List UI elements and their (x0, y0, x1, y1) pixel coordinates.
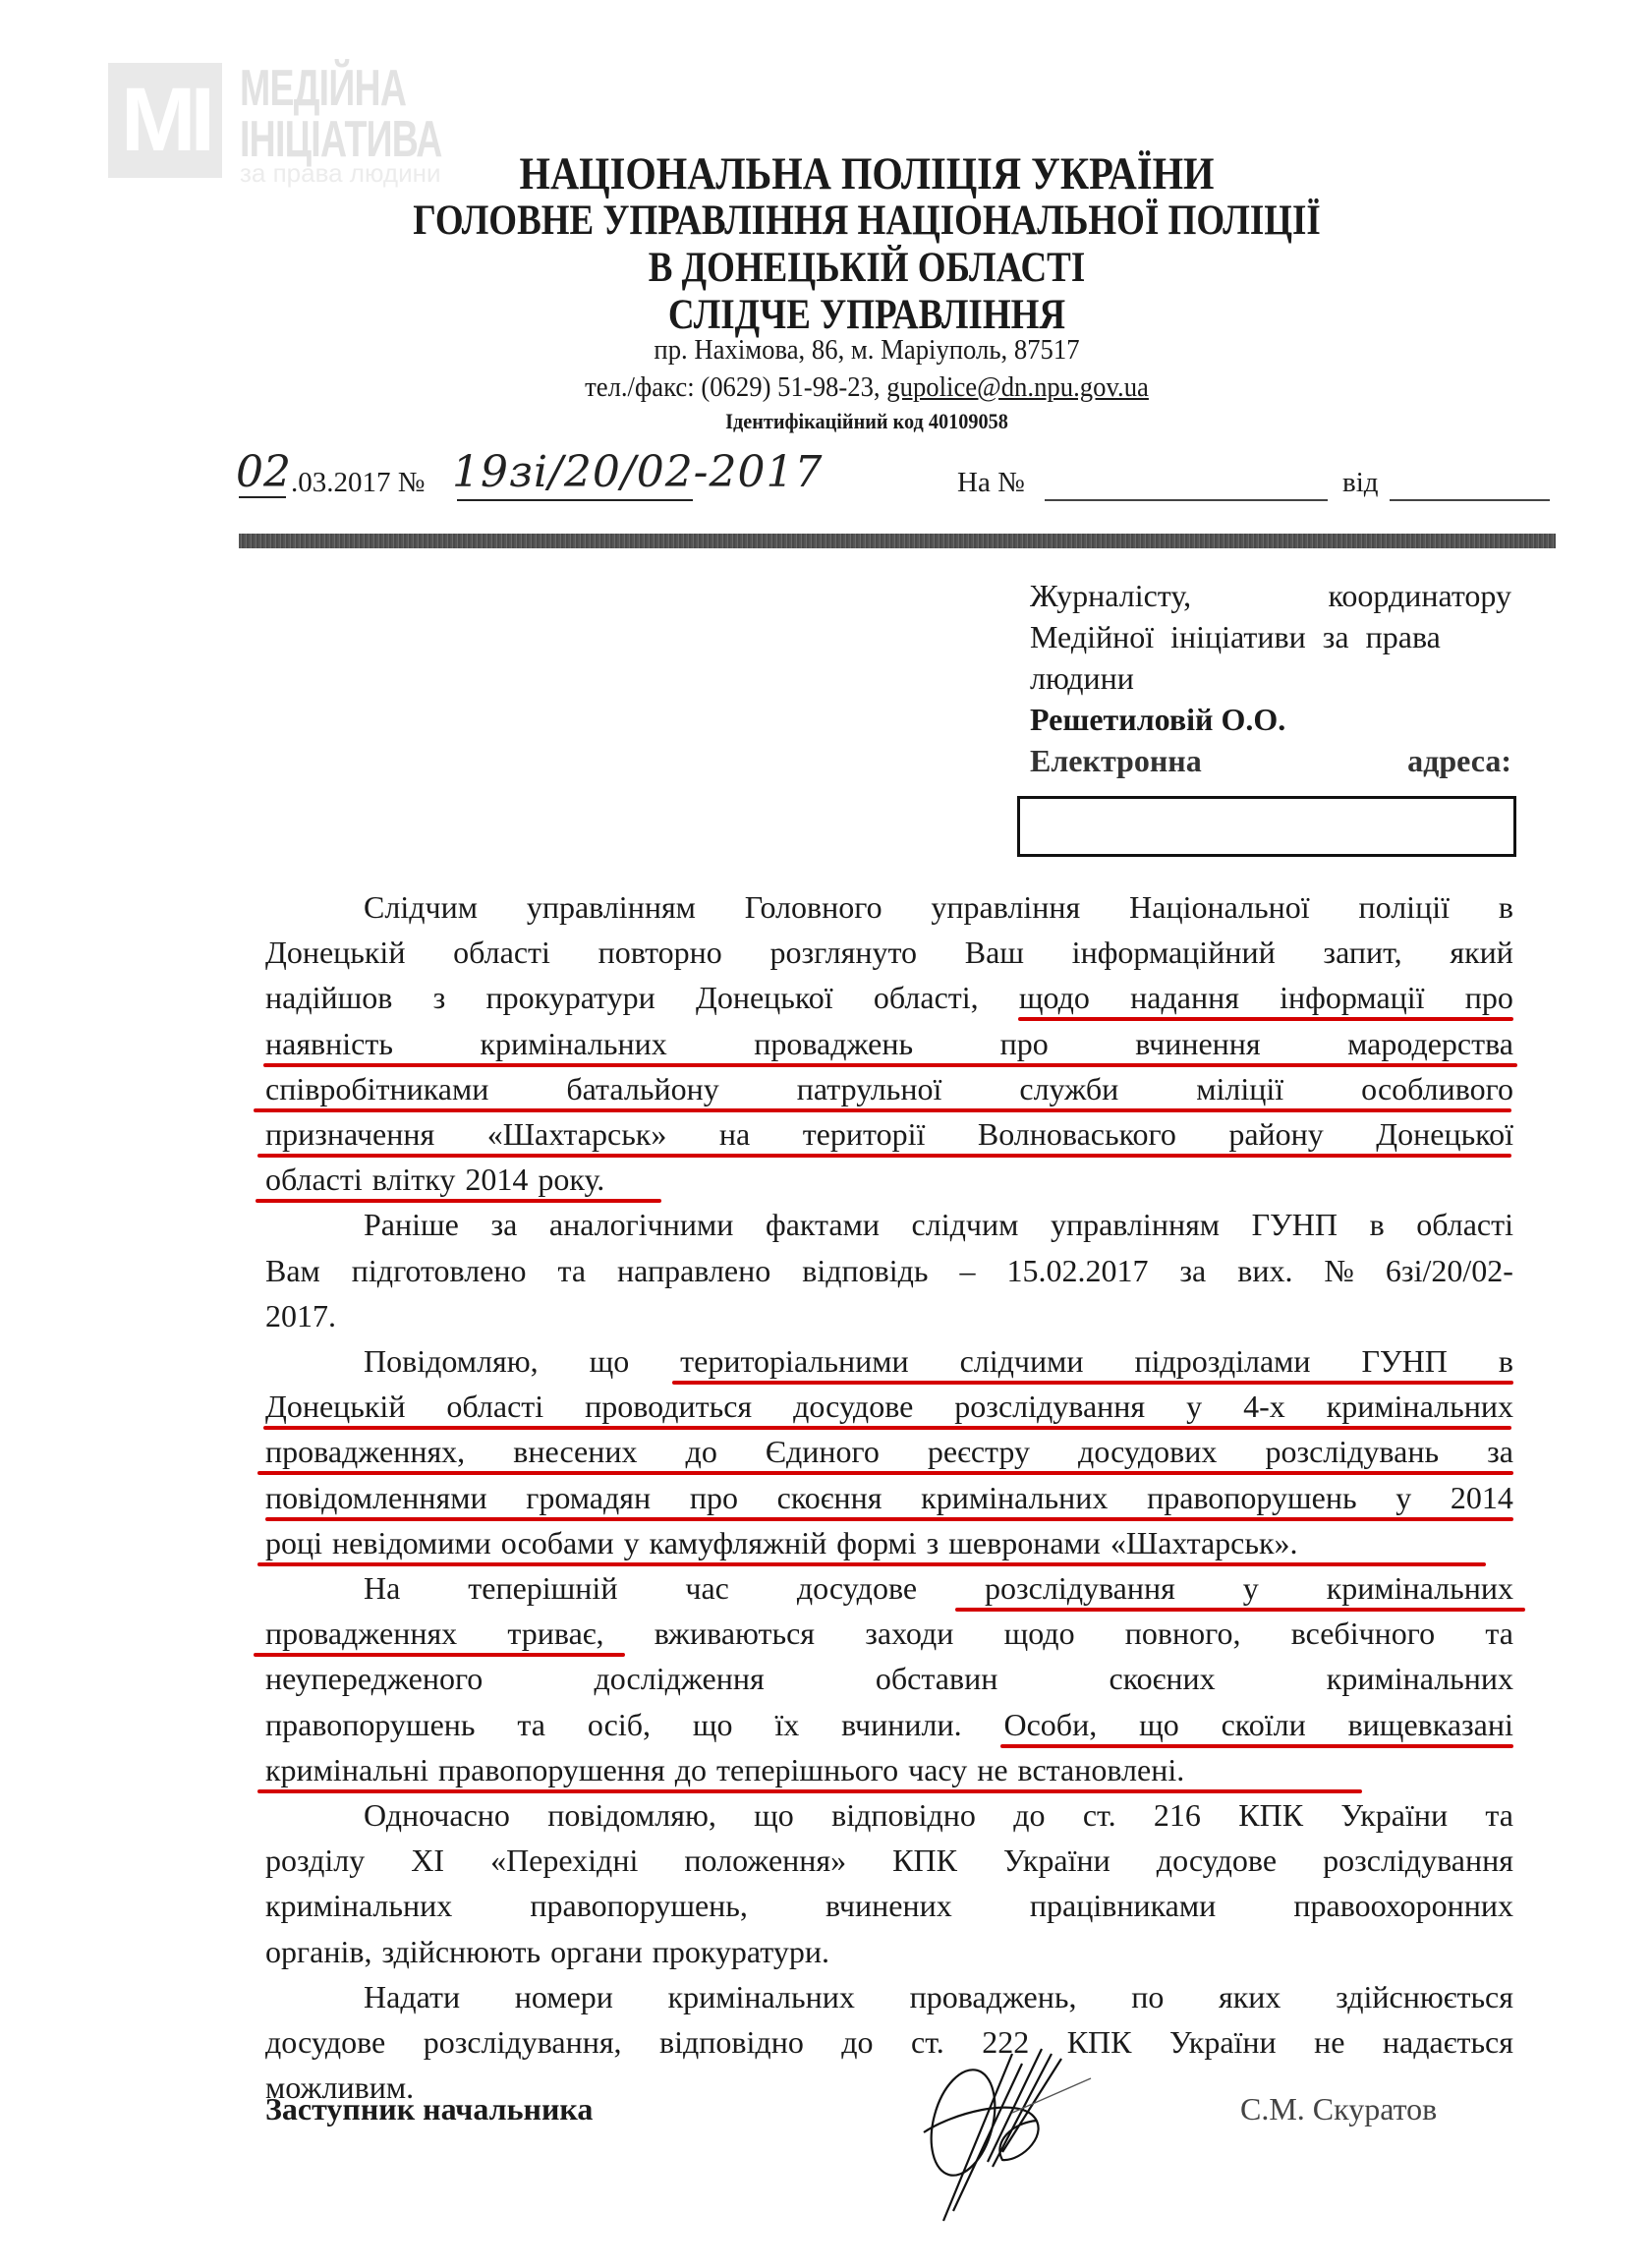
word: до (675, 1749, 707, 1790)
word: Національної (1129, 886, 1310, 928)
word: підготовлено (352, 1250, 527, 1291)
word: 15.02.2017 (1006, 1250, 1148, 1291)
word: та (1485, 1613, 1513, 1654)
word: неупередженого (265, 1658, 483, 1699)
body-line: Натеперішнійчасдосудоверозслідуванняукри… (364, 1567, 1513, 1609)
word: КПК (892, 1840, 957, 1881)
word: осіб, (588, 1704, 651, 1745)
word: № (1324, 1250, 1354, 1291)
body-line: органів,здійснюютьорганипрокуратури. (265, 1931, 1513, 1972)
word: вчинили. (841, 1704, 961, 1745)
body-line: правопорушеньтаосіб,щоїхвчинили.Особи,що… (265, 1704, 1513, 1745)
red-underline (256, 1199, 661, 1203)
red-underline (254, 1653, 625, 1657)
word: слідчими (960, 1340, 1084, 1382)
body-line: СлідчимуправліннямГоловногоуправлінняНац… (364, 886, 1513, 928)
word: в (1370, 1204, 1385, 1245)
word: міліції (1196, 1068, 1283, 1109)
word: час (685, 1567, 729, 1609)
word: Надати (364, 1976, 460, 2017)
word: повідомляю, (547, 1794, 716, 1836)
word: області (453, 932, 550, 973)
word: реєстру (928, 1431, 1030, 1472)
word: вживаються (655, 1613, 815, 1654)
red-underline (1018, 1017, 1513, 1021)
word: слідчим (912, 1204, 1019, 1245)
word: теперішнього (716, 1749, 898, 1790)
body-line: наявністькримінальнихпровадженьпровчинен… (265, 1023, 1513, 1064)
addressee-name: Решетиловій О.О. (1030, 702, 1511, 738)
word: проваджень, (910, 1976, 1077, 2017)
word: області (1416, 1204, 1513, 1245)
word: співробітниками (265, 1068, 488, 1109)
reg-number-field-line (457, 499, 693, 501)
word: Донецької (1376, 1113, 1513, 1155)
org-region: В ДОНЕЦЬКІЙ ОБЛАСТІ (157, 244, 1577, 292)
word: територіальними (680, 1340, 908, 1382)
word: здійснюється (1336, 1976, 1513, 2017)
word: провадженнях (265, 1613, 457, 1654)
word: управлінням (527, 886, 696, 928)
word: що (590, 1340, 630, 1382)
red-underline (1000, 1744, 1513, 1748)
org-address: пр. Нахімова, 86, м. Маріуполь, 87517 (107, 334, 1626, 367)
word: Єдиного (766, 1431, 880, 1472)
word: на (719, 1113, 750, 1155)
word: що (1139, 1704, 1179, 1745)
handwritten-reg-number: 19зі/20/02-2017 (452, 447, 824, 497)
red-underline (263, 1426, 1511, 1430)
word: досудове (1157, 1840, 1277, 1881)
ref-number-field-line (1045, 499, 1328, 501)
word: вчинення (1135, 1023, 1260, 1064)
logo-text-line1: МЕДІЙНА (240, 59, 406, 118)
word: розслідування (985, 1567, 1175, 1609)
word: призначення (265, 1113, 434, 1155)
word: ст. (1083, 1794, 1116, 1836)
word: кримінальних (668, 1976, 855, 2017)
addressee-line1: Журналісту, координатору (1030, 578, 1511, 614)
word: правоохоронних (1293, 1885, 1513, 1926)
word: області (265, 1159, 363, 1200)
body-line: розділуXI«Перехідніположення»КПКУкраїнид… (265, 1840, 1513, 1881)
org-email-link[interactable]: gupolice@dn.npu.gov.ua (886, 371, 1149, 403)
word: 216 (1154, 1794, 1201, 1836)
word: їх (774, 1704, 799, 1745)
word: області, (874, 977, 979, 1018)
addressee-email-label: Електронна адреса: (1030, 743, 1511, 779)
red-underline (265, 1517, 1513, 1521)
word: формі (836, 1522, 916, 1563)
org-division: СЛІДЧЕ УПРАВЛІННЯ (157, 291, 1577, 339)
word: інформаційний (1072, 932, 1276, 973)
day-field-line (239, 496, 286, 498)
red-underline (257, 1471, 1513, 1475)
word: Донецької (696, 977, 833, 1018)
word: «Перехідні (490, 1840, 638, 1881)
word: шевронами (948, 1522, 1101, 1563)
word: камуфляжній (650, 1522, 827, 1563)
signatory-name: С.М. Скуратов (1240, 2091, 1437, 2127)
word: до (1013, 1794, 1045, 1836)
word: наявність (265, 1023, 393, 1064)
body-line: Повідомляю,щотериторіальнимислідчимипідр… (364, 1340, 1513, 1382)
printed-date: .03.2017 № (291, 467, 425, 499)
body-line: провадженняхтриває,вживаютьсязаходищодоп… (265, 1613, 1513, 1654)
word: аналогічними (549, 1204, 734, 1245)
word: розслідувань (1265, 1431, 1439, 1472)
word: 6зі/20/02- (1386, 1250, 1513, 1291)
word: органи (550, 1931, 643, 1972)
word: про (1465, 977, 1513, 1018)
word: 2014 (465, 1159, 528, 1200)
word: надається (1383, 2021, 1513, 2063)
word: Раніше (364, 1204, 459, 1245)
body-line: надійшовзпрокуратуриДонецькоїобласті,щод… (265, 977, 1513, 1018)
word: щодо (1004, 1613, 1075, 1654)
ref-date-field-line (1390, 499, 1550, 501)
word: теперішній (468, 1567, 617, 1609)
word: відповідь (802, 1250, 928, 1291)
word: по (1131, 1976, 1164, 2017)
body-line: Одночасноповідомляю,щовідповіднодост.216… (364, 1794, 1513, 1836)
word: України (1169, 2021, 1277, 2063)
word: кримінальні (265, 1749, 428, 1790)
word: відповідно (831, 1794, 976, 1836)
word: обставин (876, 1658, 997, 1699)
word: Ваш (965, 932, 1024, 973)
word: до (841, 2021, 873, 2063)
org-name: НАЦІОНАЛЬНА ПОЛІЦІЯ УКРАЇНИ (157, 147, 1577, 200)
word: КПК (1238, 1794, 1303, 1836)
word: служби (1019, 1068, 1118, 1109)
word: 2017. (265, 1295, 336, 1336)
addressee-line3: людини (1030, 660, 1511, 697)
word: встановлені. (1018, 1749, 1185, 1790)
word: положення» (684, 1840, 846, 1881)
body-line: досудоверозслідування,відповіднодост.222… (265, 2021, 1513, 2063)
body-line: областівлітку2014року. (265, 1159, 1513, 1200)
word: до (686, 1431, 717, 1472)
word: Особи, (1003, 1704, 1097, 1745)
word: території (803, 1113, 926, 1155)
word: проваджень (754, 1023, 913, 1064)
word: що (754, 1794, 794, 1836)
word: України (1003, 1840, 1110, 1881)
word: повного, (1125, 1613, 1241, 1654)
word: досудове (265, 2021, 385, 2063)
body-line: кримінальніправопорушеннядотеперішньогоч… (265, 1749, 1513, 1790)
word: надання (1130, 977, 1239, 1018)
word: кримінальних (480, 1023, 666, 1064)
word: номери (515, 1976, 613, 2017)
word: у (624, 1522, 640, 1563)
word: ГУНП (1252, 1204, 1338, 1245)
email-label-right: адреса: (1407, 743, 1511, 779)
body-line: Донецькійобластіпроводитьсядосудоверозсл… (265, 1386, 1513, 1427)
word: району (1228, 1113, 1323, 1155)
word: правопорушень (1147, 1477, 1356, 1518)
word: скоєних (1109, 1658, 1215, 1699)
word: внесених (513, 1431, 637, 1472)
word: патрульної (797, 1068, 942, 1109)
word: що (693, 1704, 733, 1745)
word: та (557, 1250, 586, 1291)
red-underline (672, 1381, 1513, 1385)
red-underline (257, 1789, 1362, 1793)
word: досудове (793, 1386, 913, 1427)
ref-number-label: На № (957, 467, 1025, 499)
word: органів, (265, 1931, 371, 1972)
word: з (433, 977, 446, 1018)
body-line: неупередженогодослідженняобставинскоєних… (265, 1658, 1513, 1699)
word: відповідно (659, 2021, 804, 2063)
word: часу (908, 1749, 967, 1790)
signatory-role: Заступник начальника (265, 2091, 593, 2127)
word: про (1000, 1023, 1049, 1064)
word: повідомленнями (265, 1477, 487, 1518)
word: правопорушень (265, 1704, 475, 1745)
word: розслідування (954, 1386, 1145, 1427)
body-line: провадженнях,внесенихдоЄдиногореєструдос… (265, 1431, 1513, 1472)
word: досудових (1078, 1431, 1217, 1472)
word: та (517, 1704, 545, 1745)
word: році (265, 1522, 322, 1563)
word: про (690, 1477, 738, 1518)
body-line: ДонецькійобластіповторнорозглянутоВашінф… (265, 932, 1513, 973)
word: всебічного (1291, 1613, 1435, 1654)
word: триває, (507, 1613, 603, 1654)
word: кримінальних (265, 1885, 452, 1926)
word: особами (501, 1522, 614, 1563)
word: у (1186, 1386, 1202, 1427)
word: скоєння (777, 1477, 882, 1518)
addressee-role2: координатору (1328, 578, 1511, 614)
word: управління (931, 886, 1080, 928)
word: Одночасно (364, 1794, 510, 1836)
word: XI (411, 1840, 444, 1881)
word: Волноваського (978, 1113, 1176, 1155)
word: прокуратури. (653, 1931, 829, 1972)
word: надійшов (265, 977, 392, 1018)
word: невідомими (332, 1522, 491, 1563)
word: у (1395, 1477, 1411, 1518)
word: скоїли (1222, 1704, 1306, 1745)
word: Слідчим (364, 886, 478, 928)
word: року. (538, 1159, 604, 1200)
word: направлено (617, 1250, 770, 1291)
word: влітку (372, 1159, 456, 1200)
word: вищевказані (1348, 1704, 1513, 1745)
red-underline (254, 1108, 1511, 1112)
word: «Шахтарськ». (1110, 1522, 1298, 1563)
handwritten-signature (894, 2044, 1150, 2240)
word: за (1487, 1431, 1513, 1472)
word: Вам (265, 1250, 320, 1291)
word: дослідження (594, 1658, 764, 1699)
phone-fax: тел./факс: (0629) 51-98-23, (585, 371, 886, 403)
ref-date-label: від (1342, 467, 1379, 499)
word: яких (1219, 1976, 1281, 2017)
letterhead-divider (239, 534, 1556, 548)
word: заходи (865, 1613, 953, 1654)
word: Донецькій (265, 932, 405, 973)
word: в (1499, 1340, 1513, 1382)
word: Повідомляю, (364, 1340, 539, 1382)
word: інформації (1280, 977, 1424, 1018)
word: ГУНП (1361, 1340, 1447, 1382)
word: управлінням (1051, 1204, 1220, 1245)
word: особливого (1361, 1068, 1513, 1109)
word: за (490, 1204, 517, 1245)
word: підрозділами (1134, 1340, 1310, 1382)
word: громадян (526, 1477, 651, 1518)
word: розслідування, (424, 2021, 622, 2063)
word: 4-х (1243, 1386, 1285, 1427)
red-underline (257, 1154, 1511, 1158)
body-line: призначення«Шахтарськ»натериторіїВолнова… (265, 1113, 1513, 1155)
word: 2014 (1451, 1477, 1513, 1518)
word: в (1499, 886, 1513, 928)
word: кримінальних (1327, 1658, 1513, 1699)
word: поліції (1359, 886, 1450, 928)
word: щодо (1019, 977, 1090, 1018)
word: правопорушень, (530, 1885, 747, 1926)
addressee-line2: Медійної ініціативи за права (1030, 619, 1511, 655)
word: провадженнях, (265, 1431, 465, 1472)
word: у (1243, 1567, 1259, 1609)
word: – (959, 1250, 975, 1291)
red-underline (257, 1562, 1486, 1566)
word: кримінальних (1327, 1567, 1513, 1609)
word: запит, (1323, 932, 1401, 973)
org-contacts: тел./факс: (0629) 51-98-23, gupolice@dn.… (107, 371, 1626, 404)
word: мародерства (1347, 1023, 1513, 1064)
word: який (1450, 932, 1513, 973)
word: досудове (797, 1567, 917, 1609)
body-line: співробітникамибатальйонупатрульноїслужб… (265, 1068, 1513, 1109)
word: проводиться (585, 1386, 752, 1427)
word: вчинених (825, 1885, 952, 1926)
word: та (1485, 1794, 1513, 1836)
word: розділу (265, 1840, 365, 1881)
red-underline (955, 1608, 1525, 1612)
word: України (1340, 1794, 1448, 1836)
body-line: Ранішезааналогічнимифактамислідчимуправл… (364, 1204, 1513, 1245)
word: за (1179, 1250, 1206, 1291)
word: розглянуто (770, 932, 918, 973)
red-underline (263, 1063, 1517, 1067)
word: з (927, 1522, 939, 1563)
word: не (977, 1749, 1007, 1790)
email-label-left: Електронна (1030, 743, 1202, 779)
org-id-code: Ідентифікаційний код 40109058 (107, 409, 1626, 434)
word: здійснюють (381, 1931, 541, 1972)
word: області (446, 1386, 543, 1427)
redacted-email-box (1017, 796, 1516, 857)
word: вих. (1237, 1250, 1292, 1291)
body-line: 2017. (265, 1295, 1513, 1336)
word: повторно (598, 932, 722, 973)
body-line: повідомленнямигромадянпроскоєннякримінал… (265, 1477, 1513, 1518)
word: «Шахтарськ» (487, 1113, 667, 1155)
addressee-role: Журналісту, (1030, 578, 1191, 614)
body-line: кримінальнихправопорушень,вчиненихпраців… (265, 1885, 1513, 1926)
handwritten-day: 02 (236, 447, 291, 497)
word: розслідування (1323, 1840, 1513, 1881)
body-line: роціневідомимиособамиукамуфляжнійформізш… (265, 1522, 1513, 1563)
body-line: Вампідготовленотанаправленовідповідь–15.… (265, 1250, 1513, 1291)
word: фактами (766, 1204, 880, 1245)
word: кримінальних (921, 1477, 1108, 1518)
word: Головного (745, 886, 882, 928)
word: працівниками (1030, 1885, 1216, 1926)
word: батальйону (566, 1068, 718, 1109)
org-department: ГОЛОВНЕ УПРАВЛІННЯ НАЦІОНАЛЬНОЇ ПОЛІЦІЇ (157, 197, 1577, 245)
word: кримінальних (1327, 1386, 1513, 1427)
body-line: Надатиномерикримінальнихпроваджень,пояки… (364, 1976, 1513, 2017)
word: На (364, 1567, 400, 1609)
word: правопорушення (438, 1749, 665, 1790)
word: не (1314, 2021, 1344, 2063)
word: Донецькій (265, 1386, 405, 1427)
word: прокуратури (485, 977, 655, 1018)
